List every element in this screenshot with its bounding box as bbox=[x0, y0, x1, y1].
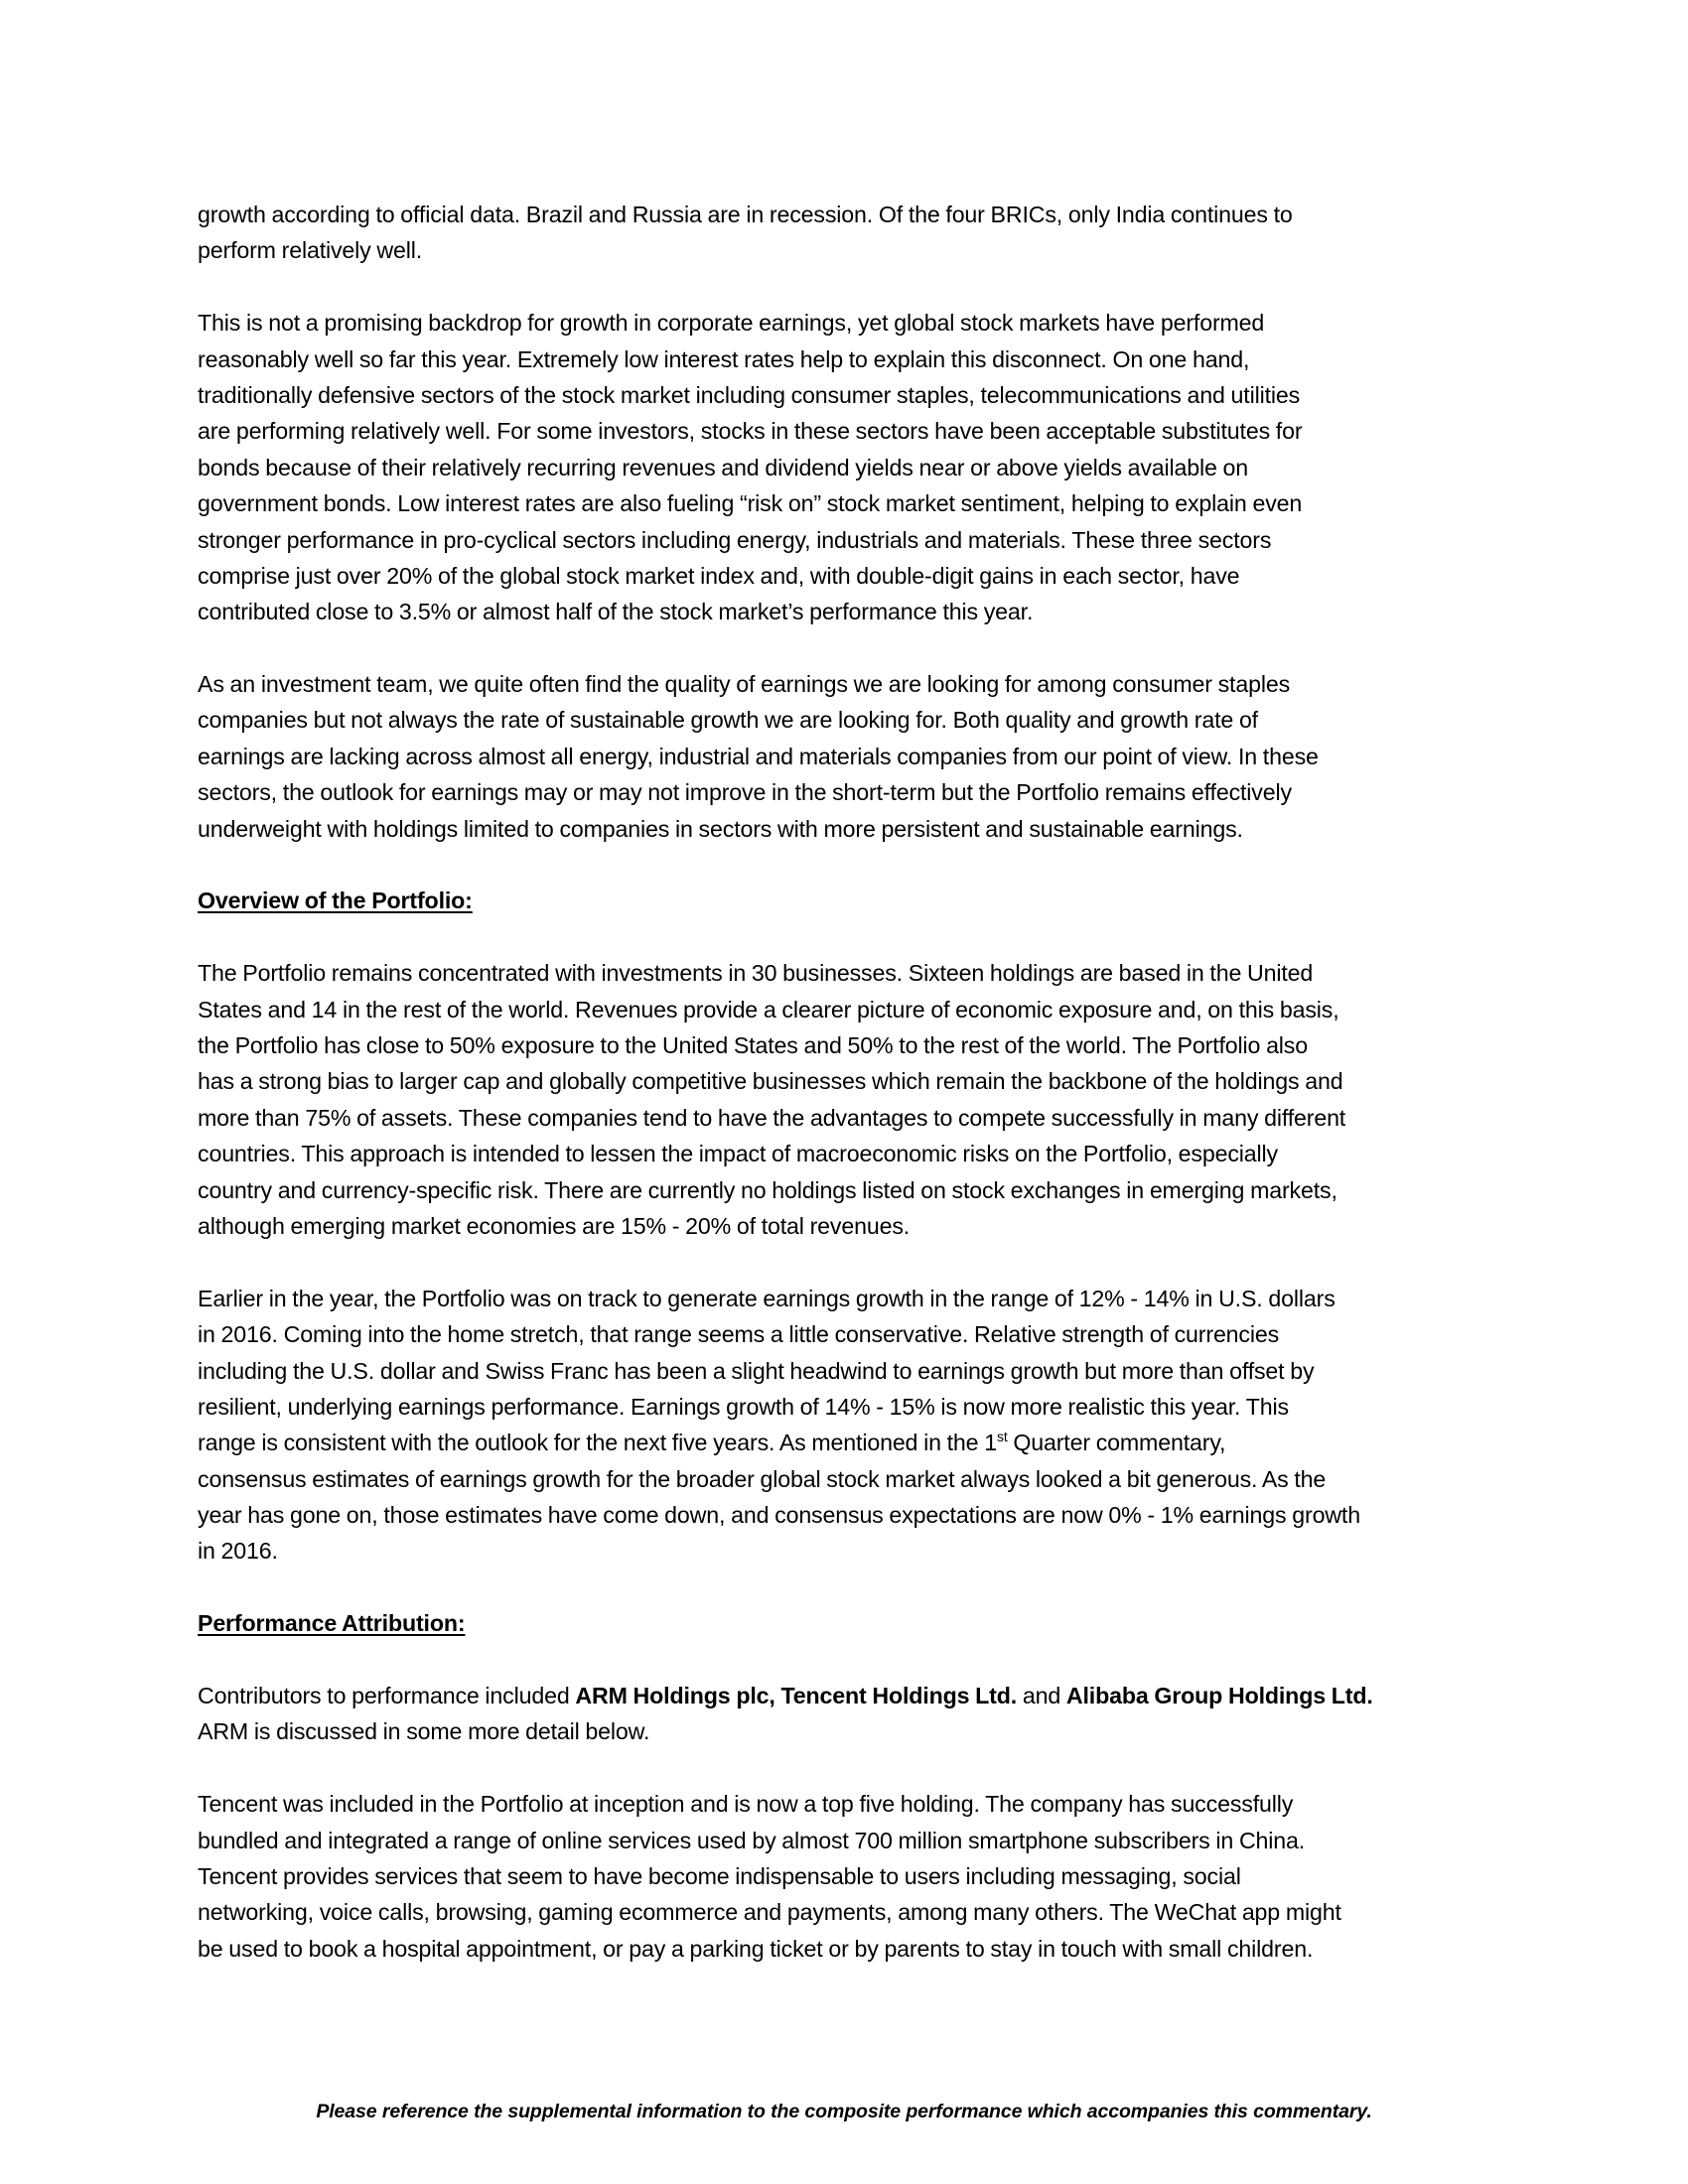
text-line: although emerging market economies are 1… bbox=[198, 1208, 1498, 1244]
text-line: reasonably well so far this year. Extrem… bbox=[198, 341, 1498, 377]
text-segment: Quarter commentary, bbox=[1008, 1430, 1226, 1455]
text-line: companies but not always the rate of sus… bbox=[198, 702, 1498, 738]
paragraph-spacer bbox=[198, 1244, 1498, 1280]
paragraph-contributors: Contributors to performance included ARM… bbox=[198, 1678, 1498, 1750]
section-heading-attribution: Performance Attribution: bbox=[198, 1605, 1498, 1641]
text-line: bonds because of their relatively recurr… bbox=[198, 450, 1498, 485]
text-line: are performing relatively well. For some… bbox=[198, 413, 1498, 449]
text-line: As an investment team, we quite often fi… bbox=[198, 666, 1498, 702]
document-body: growth according to official data. Brazi… bbox=[198, 197, 1498, 1967]
section-heading-overview: Overview of the Portfolio: bbox=[198, 883, 1498, 918]
paragraph-investment-team: As an investment team, we quite often fi… bbox=[198, 666, 1498, 847]
text-line: in 2016. bbox=[198, 1533, 1498, 1569]
text-segment: and bbox=[1017, 1683, 1066, 1708]
text-line: This is not a promising backdrop for gro… bbox=[198, 305, 1498, 341]
company-names-bold: ARM Holdings plc, Tencent Holdings Ltd. bbox=[575, 1683, 1017, 1708]
text-line: be used to book a hospital appointment, … bbox=[198, 1931, 1498, 1967]
text-line: sectors, the outlook for earnings may or… bbox=[198, 774, 1498, 810]
ordinal-superscript: st bbox=[997, 1429, 1008, 1444]
text-line: The Portfolio remains concentrated with … bbox=[198, 955, 1498, 991]
text-line: traditionally defensive sectors of the s… bbox=[198, 377, 1498, 413]
paragraph-spacer bbox=[198, 1750, 1498, 1786]
paragraph-portfolio-overview: The Portfolio remains concentrated with … bbox=[198, 955, 1498, 1244]
text-segment: range is consistent with the outlook for… bbox=[198, 1430, 997, 1455]
text-line: government bonds. Low interest rates are… bbox=[198, 485, 1498, 521]
paragraph-earnings-growth: Earlier in the year, the Portfolio was o… bbox=[198, 1281, 1498, 1570]
text-line: the Portfolio has close to 50% exposure … bbox=[198, 1027, 1498, 1063]
text-segment: Contributors to performance included bbox=[198, 1683, 575, 1708]
text-line: range is consistent with the outlook for… bbox=[198, 1425, 1498, 1460]
text-line: country and currency-specific risk. Ther… bbox=[198, 1172, 1498, 1208]
text-line: resilient, underlying earnings performan… bbox=[198, 1389, 1498, 1425]
text-line: States and 14 in the rest of the world. … bbox=[198, 992, 1498, 1027]
heading-text: Overview of the Portfolio: bbox=[198, 887, 473, 913]
text-line: has a strong bias to larger cap and glob… bbox=[198, 1063, 1498, 1099]
text-line: countries. This approach is intended to … bbox=[198, 1136, 1498, 1171]
text-line: comprise just over 20% of the global sto… bbox=[198, 558, 1498, 594]
paragraph-market-backdrop: This is not a promising backdrop for gro… bbox=[198, 305, 1498, 630]
document-page: growth according to official data. Brazi… bbox=[0, 0, 1688, 2184]
text-line: year has gone on, those estimates have c… bbox=[198, 1497, 1498, 1533]
text-line: perform relatively well. bbox=[198, 232, 1498, 268]
paragraph-spacer bbox=[198, 1642, 1498, 1678]
text-line: Contributors to performance included ARM… bbox=[198, 1678, 1498, 1713]
text-line: underweight with holdings limited to com… bbox=[198, 811, 1498, 847]
paragraph-spacer bbox=[198, 630, 1498, 666]
text-line: networking, voice calls, browsing, gamin… bbox=[198, 1894, 1498, 1930]
company-name-bold: Alibaba Group Holdings Ltd. bbox=[1066, 1683, 1373, 1708]
heading-text: Performance Attribution: bbox=[198, 1610, 465, 1636]
paragraph-bric-growth: growth according to official data. Brazi… bbox=[198, 197, 1498, 269]
paragraph-tencent: Tencent was included in the Portfolio at… bbox=[198, 1786, 1498, 1967]
paragraph-spacer bbox=[198, 269, 1498, 305]
text-line: including the U.S. dollar and Swiss Fran… bbox=[198, 1353, 1498, 1389]
paragraph-spacer bbox=[198, 919, 1498, 955]
text-line: consensus estimates of earnings growth f… bbox=[198, 1461, 1498, 1497]
text-line: Tencent was included in the Portfolio at… bbox=[198, 1786, 1498, 1822]
text-line: ARM is discussed in some more detail bel… bbox=[198, 1713, 1498, 1749]
text-line: Tencent provides services that seem to h… bbox=[198, 1858, 1498, 1894]
text-line: Earlier in the year, the Portfolio was o… bbox=[198, 1281, 1498, 1316]
text-line: earnings are lacking across almost all e… bbox=[198, 739, 1498, 774]
paragraph-spacer bbox=[198, 847, 1498, 883]
text-line: stronger performance in pro-cyclical sec… bbox=[198, 522, 1498, 558]
text-line: contributed close to 3.5% or almost half… bbox=[198, 594, 1498, 629]
text-line: in 2016. Coming into the home stretch, t… bbox=[198, 1316, 1498, 1352]
footer-disclaimer: Please reference the supplemental inform… bbox=[0, 2097, 1688, 2126]
paragraph-spacer bbox=[198, 1570, 1498, 1605]
text-line: bundled and integrated a range of online… bbox=[198, 1823, 1498, 1858]
text-line: growth according to official data. Brazi… bbox=[198, 197, 1498, 232]
text-line: more than 75% of assets. These companies… bbox=[198, 1100, 1498, 1136]
